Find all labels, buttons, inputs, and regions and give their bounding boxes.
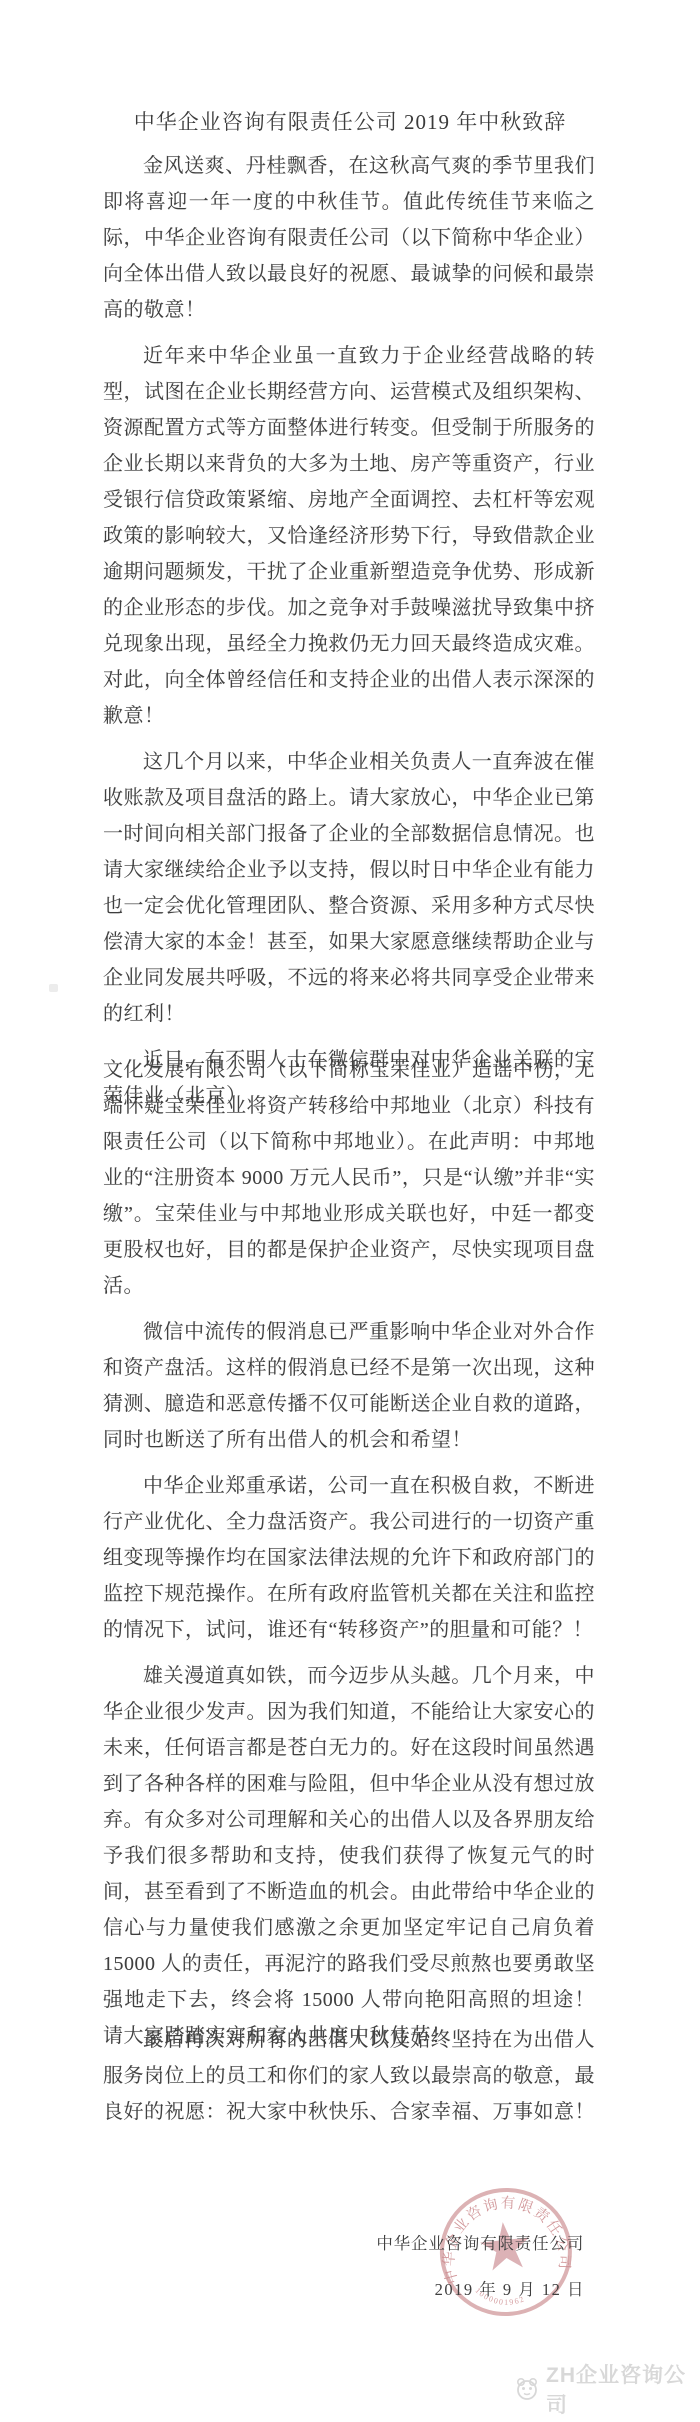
signature-date: 2019 年 9 月 12 日 bbox=[435, 2276, 585, 2300]
letter-body-part1: 金风送爽、丹桂飘香，在这秋高气爽的季节里我们即将喜迎一年一度的中秋佳节。值此传统… bbox=[103, 148, 595, 1124]
paragraph-closing-wishes: 最后再次对所有的出借人以及始终坚持在为出借人服务岗位上的员工和你们的家人致以最崇… bbox=[103, 2022, 595, 2130]
paragraph-background: 近年来中华企业虽一直致力于企业经营战略的转型，试图在企业长期经营方向、运营模式及… bbox=[103, 338, 595, 734]
paragraph-promise: 中华企业郑重承诺，公司一直在积极自救，不断进行产业优化、全力盘活资产。我公司进行… bbox=[103, 1468, 595, 1648]
publisher-watermark: ZH企业咨询公司 bbox=[514, 2374, 700, 2404]
signature-company-name: 中华企业咨询有限责任公司 bbox=[376, 2230, 584, 2254]
paragraph-determination: 雄关漫道真如铁，而今迈步从头越。几个月来，中华企业很少发声。因为我们知道，不能给… bbox=[103, 1658, 595, 2054]
panda-logo-icon bbox=[514, 2376, 540, 2402]
scanned-letter-page: 中华企业咨询有限责任公司 2019 年中秋致辞 金风送爽、丹桂飘香，在这秋高气爽… bbox=[0, 0, 700, 2422]
paragraph-fake-news: 微信中流传的假消息已严重影响中华企业对外合作和资产盘活。这样的假消息已经不是第一… bbox=[103, 1314, 595, 1458]
page-title: 中华企业咨询有限责任公司 2019 年中秋致辞 bbox=[0, 106, 700, 136]
scan-artifact bbox=[49, 984, 58, 992]
letter-body-part2: 文化发展有限公司（以下简称宝荣佳业）造谣中伤，无端怀疑宝荣佳业将资产转移给中邦地… bbox=[103, 1052, 595, 2064]
watermark-label: ZH企业咨询公司 bbox=[546, 2359, 700, 2419]
paragraph-rumor-continued: 文化发展有限公司（以下简称宝荣佳业）造谣中伤，无端怀疑宝荣佳业将资产转移给中邦地… bbox=[103, 1052, 595, 1304]
letter-closing: 最后再次对所有的出借人以及始终坚持在为出借人服务岗位上的员工和你们的家人致以最崇… bbox=[103, 2022, 595, 2140]
paragraph-efforts: 这几个月以来，中华企业相关负责人一直奔波在催收账款及项目盘活的路上。请大家放心，… bbox=[103, 744, 595, 1032]
paragraph-greeting: 金风送爽、丹桂飘香，在这秋高气爽的季节里我们即将喜迎一年一度的中秋佳节。值此传统… bbox=[103, 148, 595, 328]
